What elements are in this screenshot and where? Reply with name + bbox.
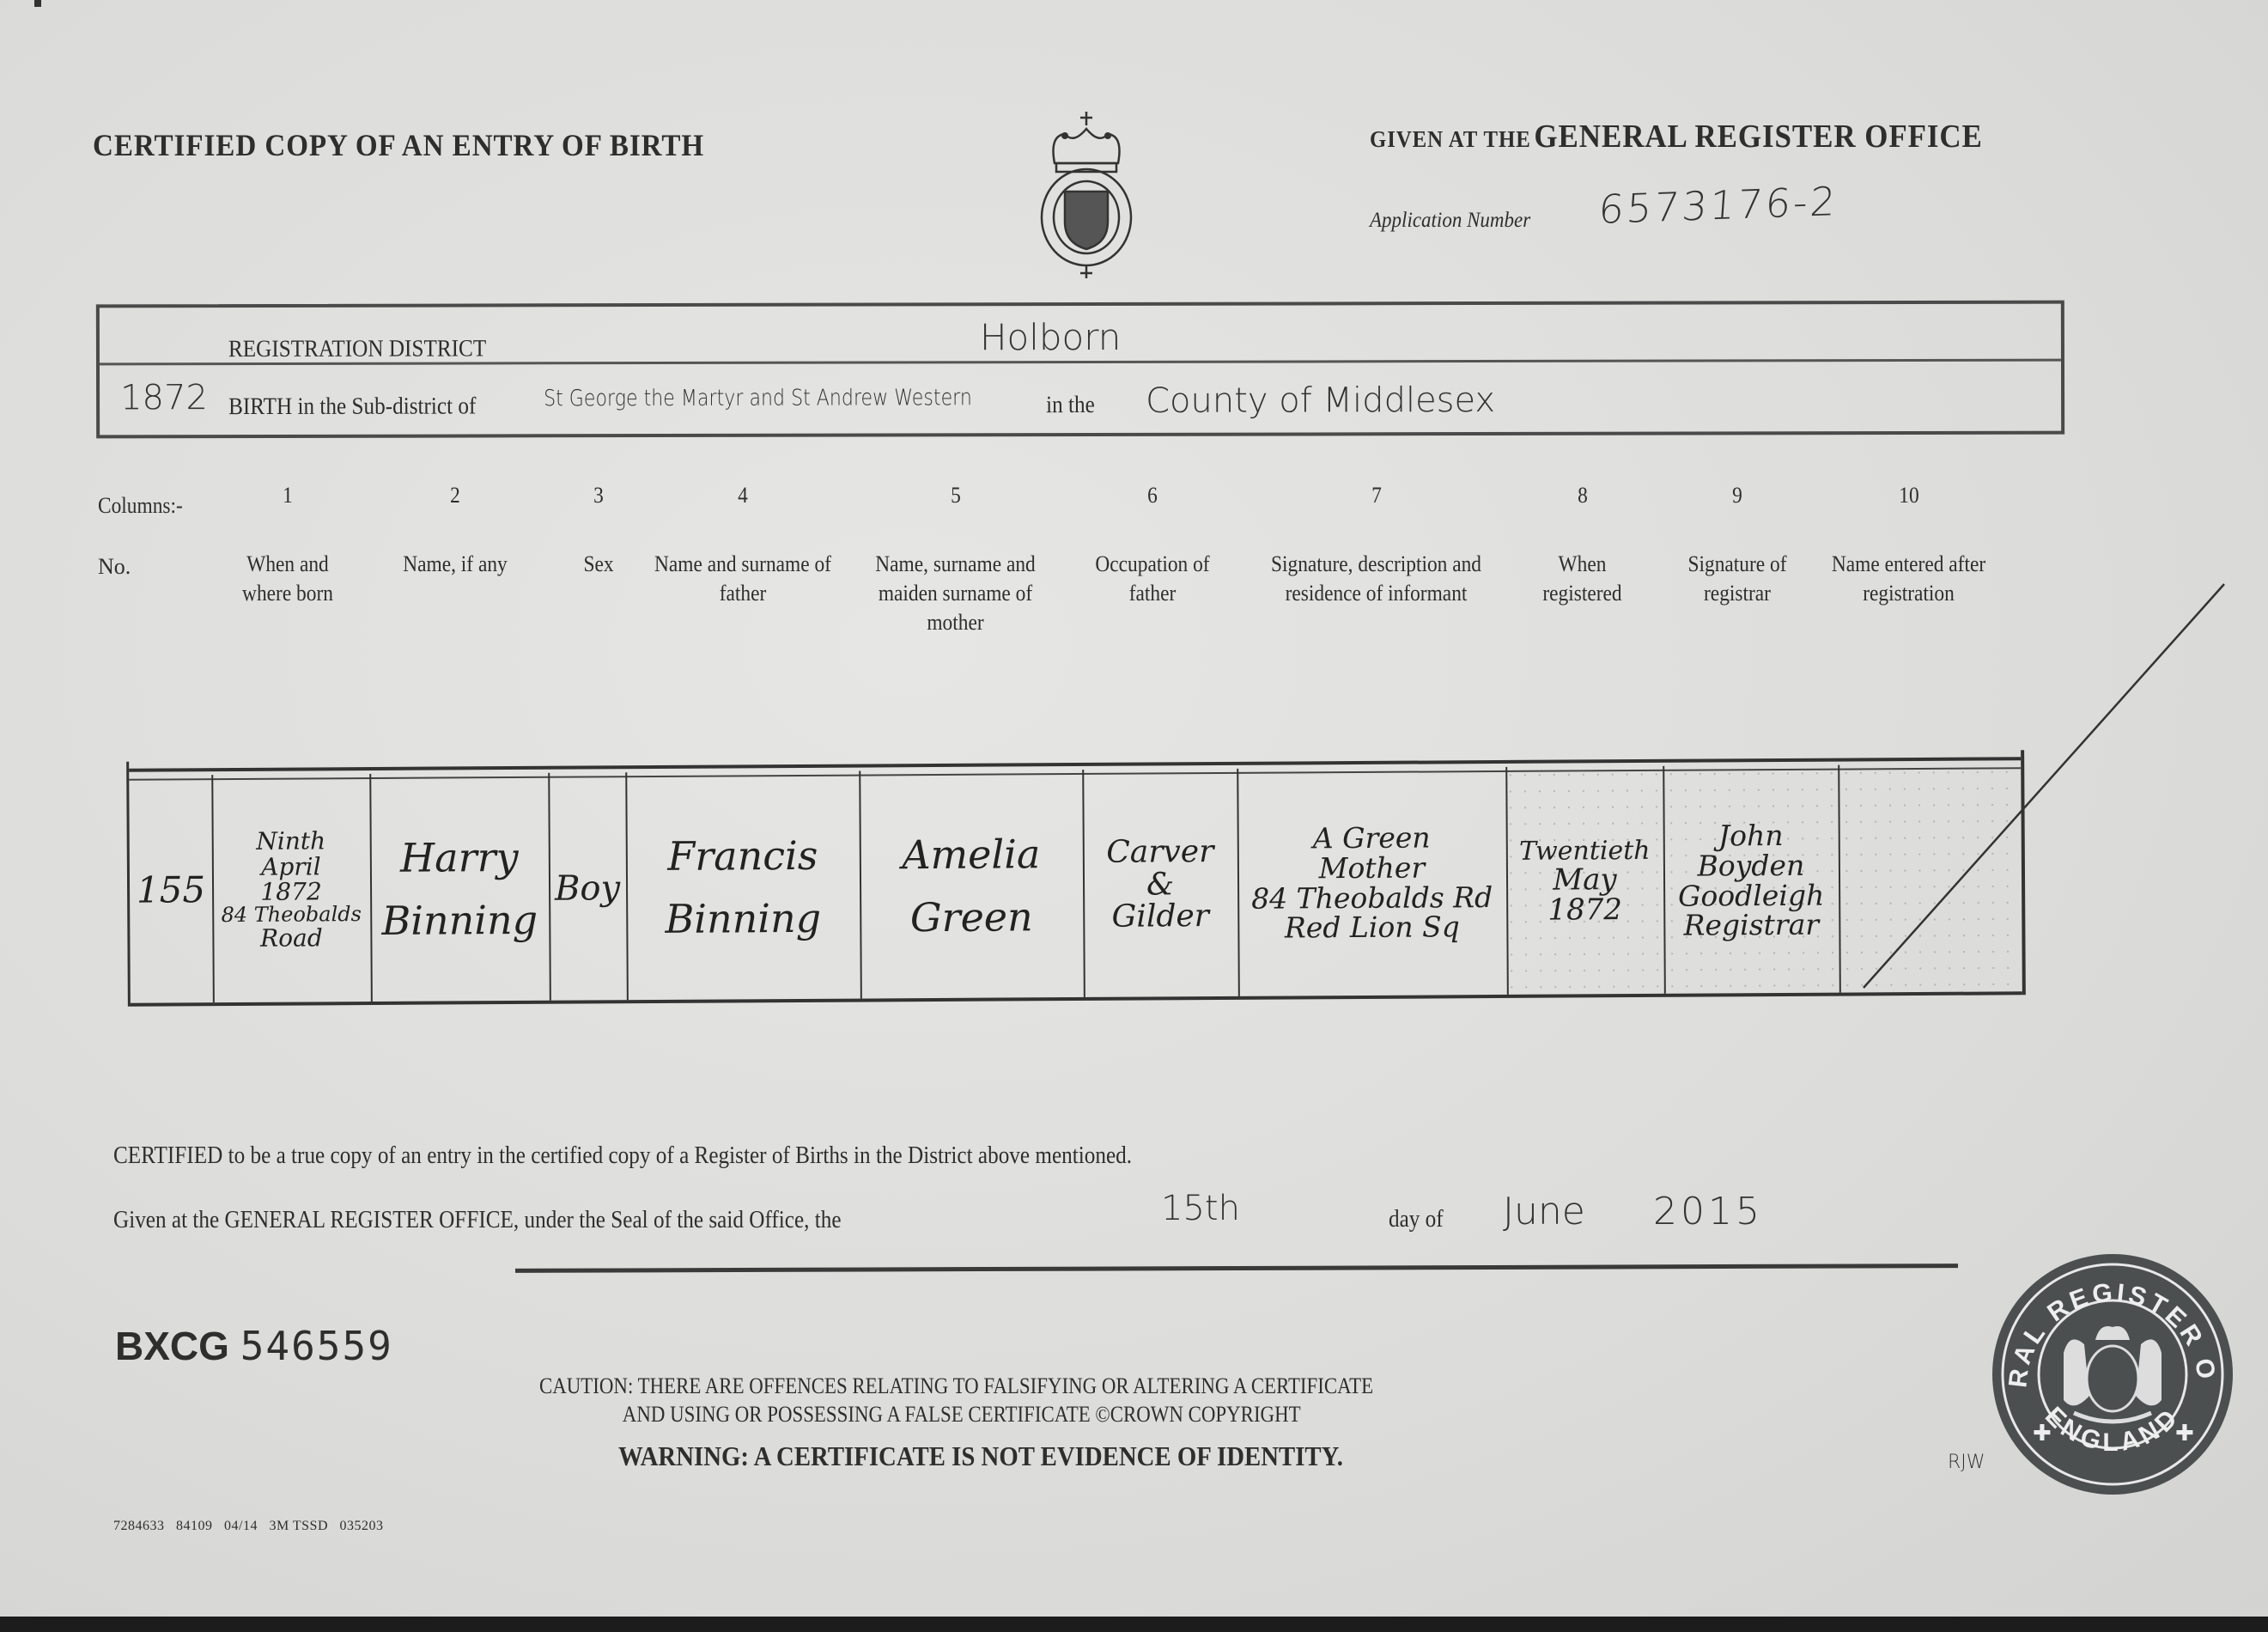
registrar-title: Registrar — [1683, 910, 1819, 941]
caution-line-1: CAUTION: THERE ARE OFFENCES RELATING TO … — [539, 1372, 1373, 1400]
in-the-label: in the — [1046, 392, 1095, 419]
caution-line-2: AND USING OR POSSESSING A FALSE CERTIFIC… — [539, 1400, 1373, 1428]
identity-warning: WARNING: A CERTIFICATE IS NOT EVIDENCE O… — [618, 1440, 1343, 1472]
columns-label: Columns:- — [98, 493, 183, 519]
royal-crest-icon — [1031, 110, 1142, 282]
subdistrict-value: St George the Martyr and St Andrew Weste… — [544, 385, 972, 411]
column-header-4: Name and surname of father — [650, 550, 836, 608]
registrar-district: Goodleigh — [1678, 880, 1824, 911]
corner-mark — [34, 0, 41, 7]
column-header-5: Name, surname and maiden surname of moth… — [860, 550, 1050, 637]
registration-district-label: REGISTRATION DISTRICT — [228, 335, 486, 363]
column-number-5: 5 — [917, 481, 994, 510]
caution-notice: CAUTION: THERE ARE OFFENCES RELATING TO … — [539, 1372, 1373, 1428]
clerk-initials: RJW — [1948, 1452, 1985, 1473]
issue-year: 2015 — [1653, 1190, 1763, 1233]
entry-table-row: 155 Ninth April 1872 84 Theobalds Road H… — [126, 750, 2026, 1006]
birth-subdistrict-label: BIRTH in the Sub-district of — [228, 393, 476, 421]
issue-day: 15th — [1161, 1189, 1240, 1228]
county-value: County of Middlesex — [1146, 381, 1495, 421]
svg-text:✚: ✚ — [2033, 1421, 2052, 1446]
application-number-value: 6573176-2 — [1597, 178, 1839, 233]
column-number-1: 1 — [249, 481, 326, 510]
child-first-name: Harry — [400, 837, 519, 879]
registration-district-value: Holborn — [980, 316, 1122, 358]
mother-surname: Green — [910, 896, 1033, 938]
birth-address-line1: 84 Theobalds — [222, 904, 362, 926]
entry-when-where-born: Ninth April 1872 84 Theobalds Road — [211, 779, 371, 1001]
signature-line — [515, 1264, 1958, 1273]
day-of-label: day of — [1389, 1206, 1444, 1233]
serial-digits: 546559 — [240, 1323, 393, 1369]
entry-mother: Amelia Green — [859, 775, 1084, 997]
background-surface — [0, 1617, 2268, 1632]
column-number-6: 6 — [1114, 481, 1191, 510]
entry-father: Francis Binning — [625, 776, 860, 999]
given-statement: Given at the GENERAL REGISTER OFFICE, un… — [113, 1207, 842, 1234]
child-surname: Binning — [381, 898, 538, 941]
column-number-10: 10 — [1870, 481, 1948, 510]
father-surname: Binning — [665, 897, 821, 939]
svg-text:✚: ✚ — [2175, 1421, 2194, 1446]
issuer-heading: GIVEN AT THE GENERAL REGISTER OFFICE — [1370, 118, 1983, 155]
column-number-7: 7 — [1338, 481, 1415, 510]
column-header-3: Sex — [568, 550, 629, 579]
birth-month: April — [261, 854, 321, 880]
entry-child-name: Harry Binning — [369, 778, 550, 1000]
registrar-surname: Boyden — [1697, 851, 1804, 881]
column-header-2: Name, if any — [386, 550, 525, 579]
entry-number: 155 — [129, 780, 213, 1002]
occupation-line3: Gilder — [1111, 900, 1209, 933]
entry-when-registered: Twentieth May 1872 — [1505, 771, 1664, 993]
mother-first-name: Amelia — [902, 833, 1040, 875]
column-header-1: When and where born — [234, 550, 342, 608]
informant-description: Mother — [1319, 853, 1426, 883]
column-number-4: 4 — [704, 481, 781, 510]
registration-box: REGISTRATION DISTRICT Holborn 1872 BIRTH… — [96, 301, 2064, 439]
column-header-8: When registered — [1530, 550, 1635, 608]
informant-name: A Green — [1313, 824, 1431, 854]
column-header-9: Signature of registrar — [1675, 550, 1799, 608]
issue-month: June — [1503, 1190, 1585, 1233]
application-number-label: Application Number — [1370, 209, 1530, 233]
column-header-6: Occupation of father — [1091, 550, 1214, 608]
certificate-title: CERTIFIED COPY OF AN ENTRY OF BIRTH — [93, 127, 704, 163]
birth-address-line2: Road — [260, 926, 323, 952]
certified-statement: CERTIFIED to be a true copy of an entry … — [113, 1142, 1132, 1170]
issuer-name: GENERAL REGISTER OFFICE — [1534, 119, 1982, 155]
registered-year: 1872 — [1547, 895, 1622, 926]
entry-registrar: John Boyden Goodleigh Registrar — [1663, 770, 1839, 992]
column-no-label: No. — [98, 554, 131, 580]
entry-informant: A Green Mother 84 Theobalds Rd Red Lion … — [1237, 772, 1507, 995]
father-first-name: Francis — [667, 835, 818, 877]
occupation-line2: & — [1146, 868, 1174, 901]
registered-day: Twentieth — [1519, 837, 1651, 865]
registered-month: May — [1553, 865, 1617, 896]
column-header-7: Signature, description and residence of … — [1250, 550, 1502, 608]
entry-occupation: Carver & Gilder — [1082, 774, 1238, 996]
certificate-paper: CERTIFIED COPY OF AN ENTRY OF BIRTH GIVE… — [0, 0, 2268, 1617]
print-code: 7284633 84109 04/14 3M TSSD 035203 — [113, 1519, 384, 1534]
column-number-8: 8 — [1544, 481, 1621, 510]
column-number-3: 3 — [560, 481, 637, 510]
birth-year: 1872 — [120, 378, 208, 417]
entry-sex: Boy — [548, 777, 627, 999]
registrar-first-name: John — [1718, 821, 1784, 851]
informant-address-line2: Red Lion Sq — [1285, 912, 1460, 943]
serial-number: BXCG 546559 — [115, 1323, 393, 1369]
occupation-line1: Carver — [1106, 836, 1213, 869]
issuer-prefix: GIVEN AT THE — [1370, 126, 1531, 152]
column-number-9: 9 — [1699, 481, 1776, 510]
birth-day: Ninth — [256, 828, 325, 854]
gro-seal-icon: GENERAL REGISTER OFFICE ENGLAND ✚ ✚ — [1988, 1250, 2237, 1499]
column-number-2: 2 — [417, 481, 494, 510]
diagonal-strike-line — [1846, 567, 2233, 996]
birth-year-entry: 1872 — [260, 879, 321, 904]
serial-prefix: BXCG — [115, 1324, 229, 1368]
